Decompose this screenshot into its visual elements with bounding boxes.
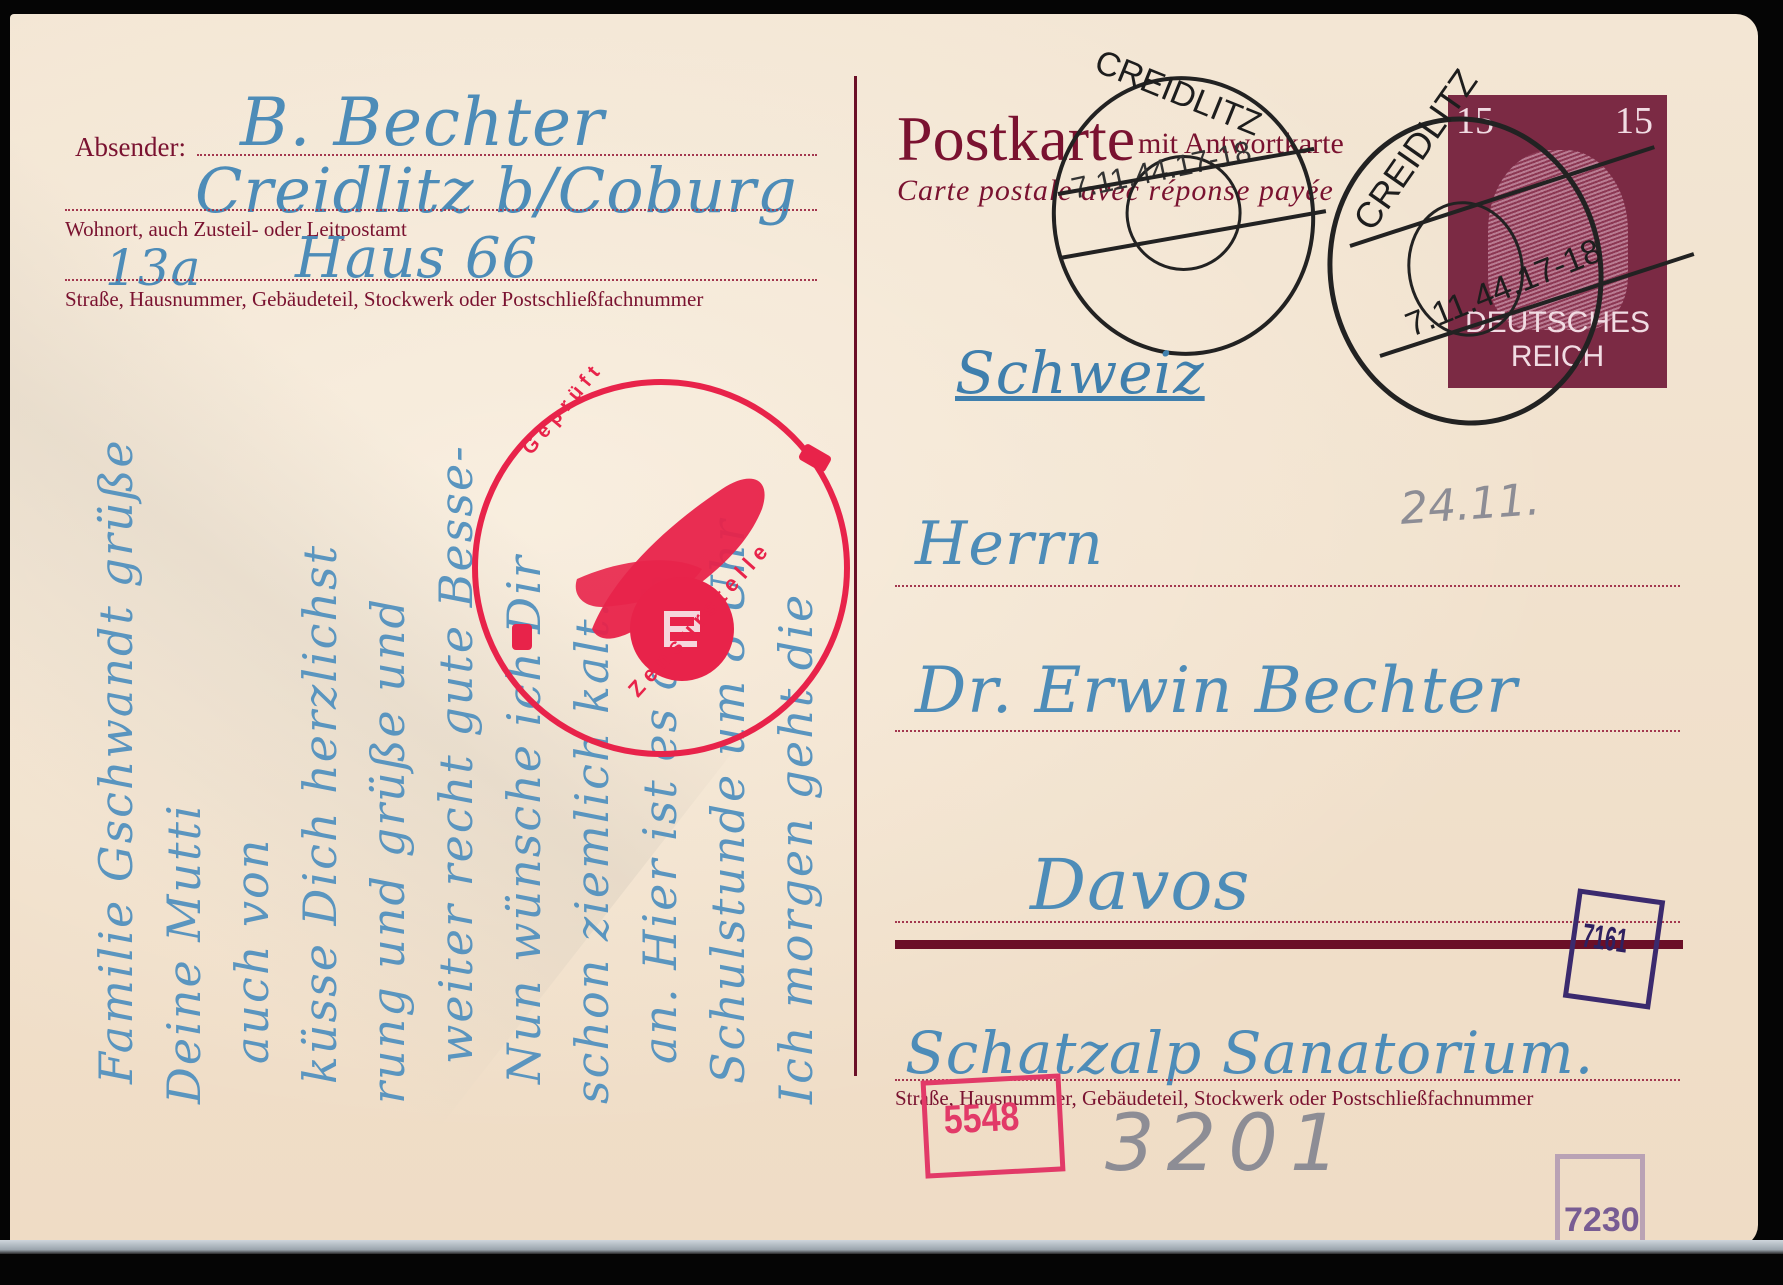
- message-line: Familie Gschwandt grüße: [89, 438, 143, 1084]
- recipient-salutation: Herrn: [915, 509, 1104, 579]
- message-line: küsse Dich herzlichst: [293, 544, 347, 1084]
- sender-street-label: Straße, Hausnummer, Gebäudeteil, Stockwe…: [65, 287, 703, 312]
- sender-house: Haus 66: [295, 226, 538, 291]
- recipient-line-1: [895, 585, 1680, 587]
- recipient-line-3: [895, 921, 1680, 923]
- censor-box-violet: 7161: [1563, 888, 1665, 1009]
- sender-label: Absender:: [75, 132, 186, 163]
- recipient-city: Davos: [1030, 844, 1250, 926]
- message-line: Deine Mutti: [157, 803, 211, 1104]
- censor-box-red: 5548: [921, 1073, 1066, 1178]
- recipient-line-2: [895, 730, 1680, 732]
- censor-box-red-number: 5548: [942, 1095, 1020, 1144]
- recipient-name: Dr. Erwin Bechter: [915, 654, 1518, 728]
- city-underline-bar: [895, 940, 1683, 949]
- message-line: auch von: [225, 838, 279, 1064]
- stamp-value-right: 15: [1615, 99, 1653, 143]
- pencil-date-note: 24.11.: [1398, 474, 1541, 535]
- divider-line: [854, 76, 857, 1076]
- censor-box-violet-faint-number: 7230: [1564, 1201, 1640, 1240]
- censor-box-violet-number: 7161: [1580, 917, 1630, 962]
- sender-place-line: [65, 209, 817, 211]
- message-line: rung und grüße und: [361, 597, 415, 1104]
- pencil-number-note: 3201: [1105, 1099, 1352, 1189]
- recipient-country: Schweiz: [955, 339, 1205, 407]
- sleeve-edge: [0, 1240, 1783, 1254]
- sender-street-line: [65, 279, 817, 281]
- sender-name: B. Bechter: [240, 84, 605, 161]
- censor-circular-stamp: Geprüft Zensurstelle: [472, 379, 850, 757]
- censor-box-violet-faint: 7230: [1555, 1154, 1645, 1247]
- postcard: Absender: B. Bechter Creidlitz b/Coburg …: [10, 14, 1758, 1247]
